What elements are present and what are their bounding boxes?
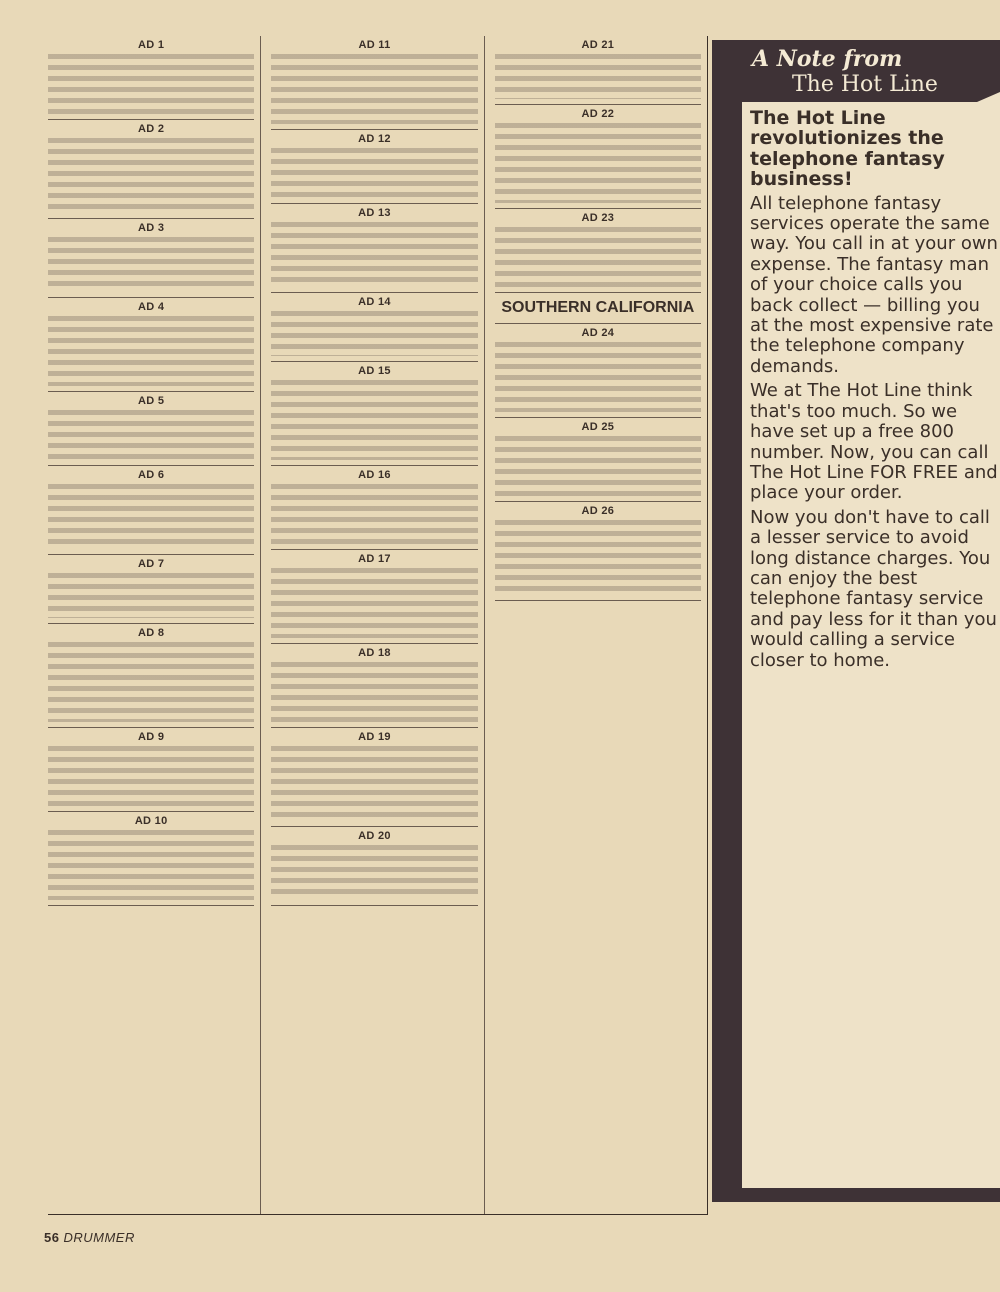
ad-heading: Ad 7 bbox=[48, 558, 254, 570]
classified-ad: Ad 15 bbox=[271, 362, 477, 466]
classified-ad: Ad 23 bbox=[495, 209, 701, 293]
classified-ad: Ad 17 bbox=[271, 550, 477, 644]
ad-body-placeholder bbox=[495, 436, 701, 496]
ad-body-placeholder bbox=[48, 237, 254, 292]
ad-body-placeholder bbox=[271, 311, 477, 356]
ad-body-placeholder bbox=[48, 642, 254, 722]
ad-heading: Ad 22 bbox=[495, 108, 701, 120]
ad-body-placeholder bbox=[495, 342, 701, 412]
ad-heading: Ad 11 bbox=[271, 39, 477, 51]
column-2: Ad 11Ad 12Ad 13Ad 14Ad 15Ad 16Ad 17Ad 18… bbox=[271, 36, 484, 1214]
ad-heading: Ad 1 bbox=[48, 39, 254, 51]
ad-body-placeholder bbox=[48, 484, 254, 549]
column-3: Ad 21Ad 22Ad 23SOUTHERN CALIFORNIAAd 24A… bbox=[495, 36, 708, 1214]
classified-ad: Ad 5 bbox=[48, 392, 254, 466]
classified-ad: Ad 24 bbox=[495, 324, 701, 418]
ad-heading: Ad 6 bbox=[48, 469, 254, 481]
ad-heading: Ad 23 bbox=[495, 212, 701, 224]
ad-heading: Ad 3 bbox=[48, 222, 254, 234]
classified-ad: Ad 13 bbox=[271, 204, 477, 293]
ad-heading: Ad 21 bbox=[495, 39, 701, 51]
publication-name: DRUMMER bbox=[63, 1230, 134, 1245]
hotline-sidebar: A Note from The Hot Line The Hot Line re… bbox=[712, 40, 1000, 1202]
ad-heading: Ad 18 bbox=[271, 647, 477, 659]
ad-heading: Ad 12 bbox=[271, 133, 477, 145]
ad-body-placeholder bbox=[495, 227, 701, 287]
ad-heading: Ad 16 bbox=[271, 469, 477, 481]
classified-ad: Ad 4 bbox=[48, 298, 254, 392]
ad-heading: Ad 19 bbox=[271, 731, 477, 743]
classified-ad: Ad 9 bbox=[48, 728, 254, 812]
ad-body-placeholder bbox=[48, 573, 254, 618]
classified-ad: Ad 10 bbox=[48, 812, 254, 906]
ad-body-placeholder bbox=[271, 484, 477, 544]
ad-heading: Ad 10 bbox=[48, 815, 254, 827]
ad-heading: Ad 4 bbox=[48, 301, 254, 313]
ad-body-placeholder bbox=[48, 316, 254, 386]
sidebar-paragraph: All telephone fantasy services operate t… bbox=[750, 194, 1000, 378]
ad-heading: Ad 5 bbox=[48, 395, 254, 407]
ad-body-placeholder bbox=[271, 222, 477, 287]
ad-body-placeholder bbox=[495, 520, 701, 595]
ad-body-placeholder bbox=[48, 54, 254, 114]
ad-body-placeholder bbox=[48, 746, 254, 806]
ad-body-placeholder bbox=[495, 54, 701, 99]
sidebar-body: The Hot Line revolutionizes the telephon… bbox=[742, 102, 1000, 1188]
sidebar-lede: The Hot Line revolutionizes the telephon… bbox=[750, 108, 1000, 190]
classified-ad: Ad 18 bbox=[271, 644, 477, 728]
page-number: 56 bbox=[44, 1230, 59, 1245]
ad-body-placeholder bbox=[48, 138, 254, 213]
ad-heading: Ad 15 bbox=[271, 365, 477, 377]
ad-heading: Ad 20 bbox=[271, 830, 477, 842]
classified-ad: Ad 21 bbox=[495, 36, 701, 105]
ad-body-placeholder bbox=[48, 410, 254, 460]
classified-ad: Ad 26 bbox=[495, 502, 701, 601]
ad-heading: Ad 17 bbox=[271, 553, 477, 565]
classified-ad: Ad 8 bbox=[48, 624, 254, 728]
classified-ad: Ad 11 bbox=[271, 36, 477, 130]
classified-ad: Ad 14 bbox=[271, 293, 477, 362]
ad-heading: Ad 24 bbox=[495, 327, 701, 339]
classified-ad: Ad 2 bbox=[48, 120, 254, 219]
classified-columns: Ad 1Ad 2Ad 3Ad 4Ad 5Ad 6Ad 7Ad 8Ad 9Ad 1… bbox=[48, 36, 708, 1215]
column-1: Ad 1Ad 2Ad 3Ad 4Ad 5Ad 6Ad 7Ad 8Ad 9Ad 1… bbox=[48, 36, 261, 1214]
ad-heading: Ad 13 bbox=[271, 207, 477, 219]
section-heading: SOUTHERN CALIFORNIA bbox=[495, 293, 701, 324]
ad-body-placeholder bbox=[271, 845, 477, 900]
ad-heading: Ad 25 bbox=[495, 421, 701, 433]
ad-heading: Ad 26 bbox=[495, 505, 701, 517]
sidebar-paragraph: We at The Hot Line think that's too much… bbox=[750, 381, 1000, 503]
classified-ad: Ad 7 bbox=[48, 555, 254, 624]
classified-ad: Ad 6 bbox=[48, 466, 254, 555]
classified-ad: Ad 1 bbox=[48, 36, 254, 120]
ad-heading: Ad 9 bbox=[48, 731, 254, 743]
ad-body-placeholder bbox=[271, 148, 477, 198]
ad-heading: Ad 8 bbox=[48, 627, 254, 639]
classified-ad: Ad 22 bbox=[495, 105, 701, 209]
sidebar-title: A Note from The Hot Line bbox=[712, 40, 1000, 97]
classified-ad: Ad 20 bbox=[271, 827, 477, 906]
ad-heading: Ad 2 bbox=[48, 123, 254, 135]
classified-ad: Ad 3 bbox=[48, 219, 254, 298]
classified-ad: Ad 12 bbox=[271, 130, 477, 204]
page-folio: 56DRUMMER bbox=[44, 1230, 135, 1245]
ad-body-placeholder bbox=[271, 746, 477, 821]
ad-body-placeholder bbox=[48, 830, 254, 900]
ad-body-placeholder bbox=[271, 54, 477, 124]
ad-body-placeholder bbox=[271, 568, 477, 638]
classified-ad: Ad 25 bbox=[495, 418, 701, 502]
ad-body-placeholder bbox=[271, 380, 477, 460]
ad-body-placeholder bbox=[495, 123, 701, 203]
sidebar-paragraph: Now you don't have to call a lesser serv… bbox=[750, 508, 1000, 671]
ad-body-placeholder bbox=[271, 662, 477, 722]
ad-heading: Ad 14 bbox=[271, 296, 477, 308]
classified-ad: Ad 16 bbox=[271, 466, 477, 550]
classified-ad: Ad 19 bbox=[271, 728, 477, 827]
